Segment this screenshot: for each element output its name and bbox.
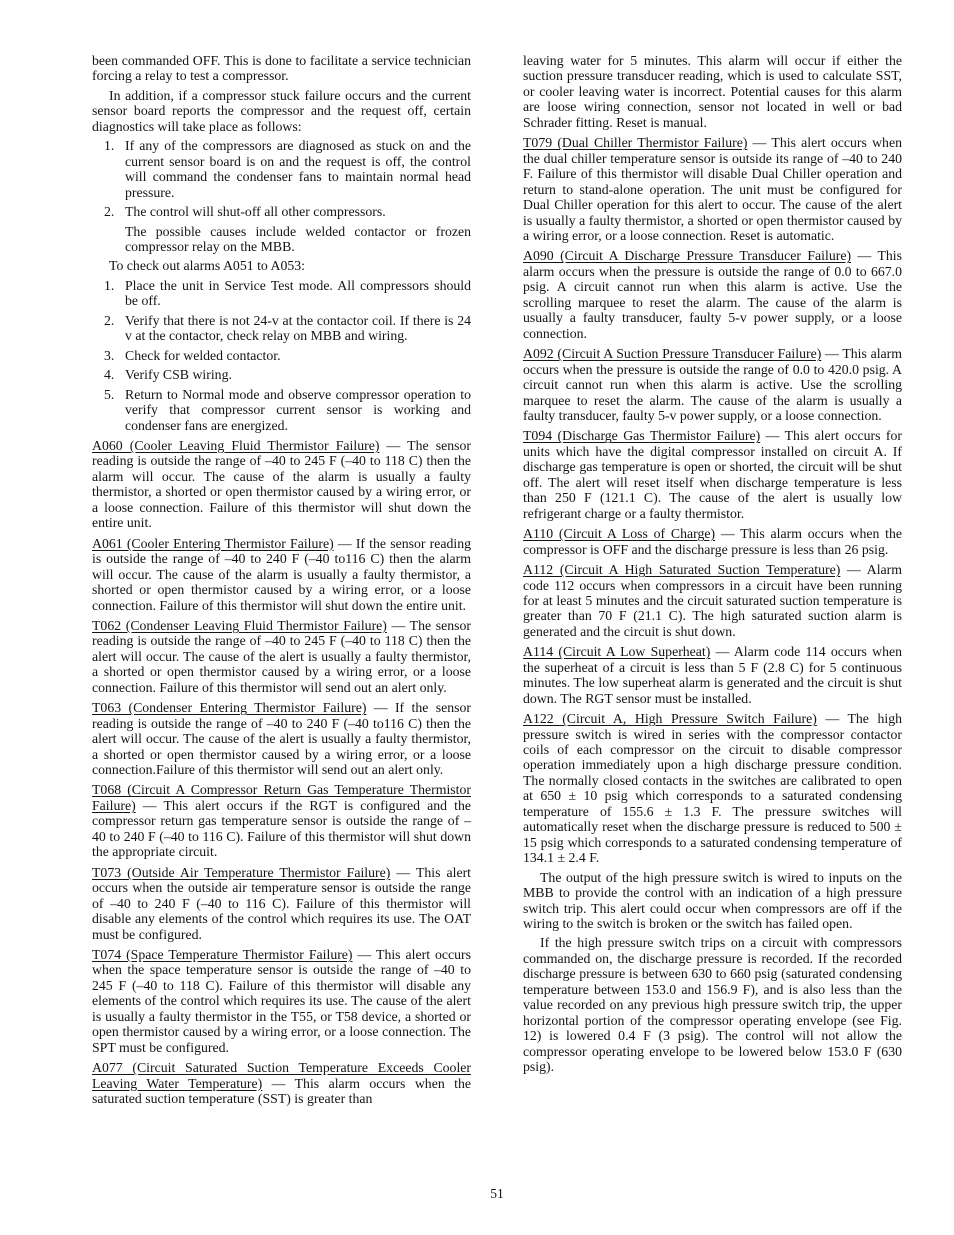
alarm-section-heading: A122 (Circuit A, High Pressure Switch Fa… [523,711,817,726]
list-item-text: The control will shut-off all other comp… [125,204,386,219]
alarm-section-heading: A092 (Circuit A Suction Pressure Transdu… [523,346,821,361]
list-item-number: 5. [104,387,114,402]
alarm-section-body: — This alert occurs when the dual chille… [523,135,902,243]
left-column: been commanded OFF. This is done to faci… [92,53,471,1111]
alarm-section-heading: A110 (Circuit A Loss of Charge) [523,526,715,541]
alarm-section-heading: A114 (Circuit A Low Superheat) [523,644,710,659]
list-item-number: 1. [104,278,114,293]
list-item: 5.Return to Normal mode and observe comp… [92,387,471,433]
alarm-section-heading: T073 (Outside Air Temperature Thermistor… [92,865,390,880]
alarm-section: T063 (Condenser Entering Thermistor Fail… [92,700,471,777]
list-item-number: 4. [104,367,114,382]
alarm-section: A092 (Circuit A Suction Pressure Transdu… [523,346,902,423]
alarm-section-heading: T062 (Condenser Leaving Fluid Thermistor… [92,618,387,633]
alarm-section: A077 (Circuit Saturated Suction Temperat… [92,1060,471,1106]
paragraph: The output of the high pressure switch i… [523,870,902,932]
alarm-section: A110 (Circuit A Loss of Charge) — This a… [523,526,902,557]
list-item: 1.If any of the compressors are diagnose… [92,138,471,200]
list-item-text: Verify that there is not 24-v at the con… [125,313,471,343]
alarm-section-heading: T079 (Dual Chiller Thermistor Failure) [523,135,747,150]
alarm-section: A114 (Circuit A Low Superheat) — Alarm c… [523,644,902,706]
alarm-section: A060 (Cooler Leaving Fluid Thermistor Fa… [92,438,471,531]
alarm-section-heading: T094 (Discharge Gas Thermistor Failure) [523,428,760,443]
alarm-section-heading: A090 (Circuit A Discharge Pressure Trans… [523,248,851,263]
alarm-section: T073 (Outside Air Temperature Thermistor… [92,865,471,942]
list-item: 1.Place the unit in Service Test mode. A… [92,278,471,309]
list-item: 2.The control will shut-off all other co… [92,204,471,219]
paragraph: If the high pressure switch trips on a c… [523,935,902,1074]
right-column: leaving water for 5 minutes. This alarm … [523,53,902,1079]
alarm-section-heading: A112 (Circuit A High Saturated Suction T… [523,562,840,577]
list-item-text: If any of the compressors are diagnosed … [125,138,471,199]
alarm-section: A112 (Circuit A High Saturated Suction T… [523,562,902,639]
list-item-number: 2. [104,204,114,219]
alarm-section: T068 (Circuit A Compressor Return Gas Te… [92,782,471,859]
alarm-section-body: — The high pressure switch is wired in s… [523,711,902,865]
paragraph: leaving water for 5 minutes. This alarm … [523,53,902,130]
page-number: 51 [92,1186,902,1202]
list-item-number: 3. [104,348,114,363]
alarm-section-heading: T063 (Condenser Entering Thermistor Fail… [92,700,366,715]
alarm-section: T094 (Discharge Gas Thermistor Failure) … [523,428,902,521]
paragraph: In addition, if a compressor stuck failu… [92,88,471,134]
alarm-section-body: — This alert occurs when the space tempe… [92,947,471,1055]
list-item-text: Place the unit in Service Test mode. All… [125,278,471,308]
alarm-section: A061 (Cooler Entering Thermistor Failure… [92,536,471,613]
list-item: 2.Verify that there is not 24-v at the c… [92,313,471,344]
list-item-text: Verify CSB wiring. [125,367,232,382]
alarm-section-heading: A061 (Cooler Entering Thermistor Failure… [92,536,334,551]
alarm-section-body: — This alert occurs if the RGT is config… [92,798,471,859]
list-item-text: Check for welded contactor. [125,348,281,363]
alarm-section: T079 (Dual Chiller Thermistor Failure) —… [523,135,902,243]
alarm-section: A122 (Circuit A, High Pressure Switch Fa… [523,711,902,866]
list-item-number: 1. [104,138,114,153]
list-item-number: 2. [104,313,114,328]
list-item-continuation: The possible causes include welded conta… [92,224,471,255]
alarm-section-heading: T074 (Space Temperature Thermistor Failu… [92,947,353,962]
alarm-section: A090 (Circuit A Discharge Pressure Trans… [523,248,902,341]
list-item: 4.Verify CSB wiring. [92,367,471,382]
paragraph: To check out alarms A051 to A053: [92,258,471,273]
paragraph: been commanded OFF. This is done to faci… [92,53,471,84]
alarm-section-heading: A060 (Cooler Leaving Fluid Thermistor Fa… [92,438,379,453]
alarm-section: T062 (Condenser Leaving Fluid Thermistor… [92,618,471,695]
manual-page: { "page": { "number": "51", "columns": {… [0,0,954,1235]
list-item-text: Return to Normal mode and observe compre… [125,387,471,433]
list-item: 3.Check for welded contactor. [92,348,471,363]
alarm-section: T074 (Space Temperature Thermistor Failu… [92,947,471,1055]
